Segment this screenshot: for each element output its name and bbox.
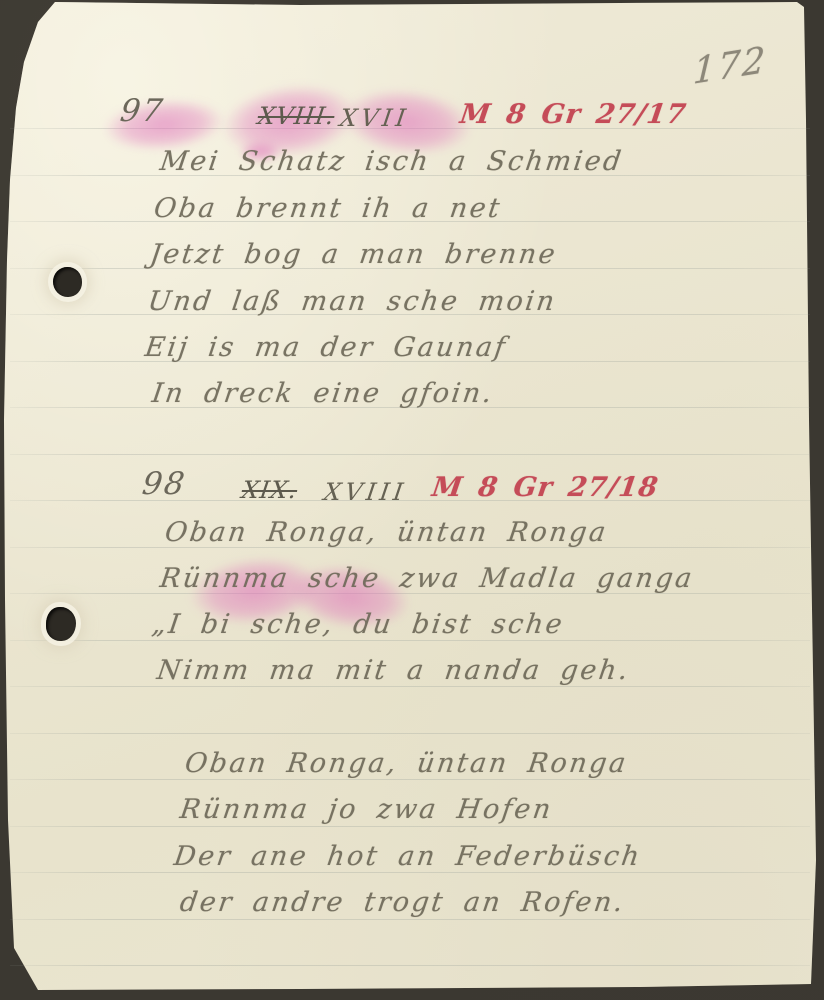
verse-line: Der ane hot an Federbüsch — [172, 841, 644, 872]
verse-line: Jetzt bog a man brenne — [148, 239, 559, 270]
verse-line: In dreck eine gfoin. — [150, 378, 496, 409]
roman-numeral-97: XVII — [338, 104, 411, 132]
verse-line: „I bi sche, du bist sche — [150, 609, 566, 640]
verse-line: Oba brennt ih a net — [152, 193, 504, 224]
verse-line: Nimm ma mit a nanda geh. — [155, 655, 632, 686]
verse-line: Mei Schatz isch a Schmied — [158, 146, 625, 177]
scanned-manuscript-page: 172 97 XVIII. XVII M 8 Gr 27/17 Mei Scha… — [0, 0, 824, 1000]
song-number-98: 98 — [140, 466, 189, 502]
punch-hole-top — [53, 267, 82, 297]
verse-line: Rünnma sche zwa Madla ganga — [158, 563, 696, 594]
verse-line: Rünnma jo zwa Hofen — [178, 794, 555, 825]
red-archive-annotation-98: M 8 Gr 27/18 — [430, 472, 661, 503]
verse-line: der andre trogt an Rofen. — [178, 887, 627, 918]
verse-line: Und laß man sche moin — [146, 286, 559, 317]
verse-line: Oban Ronga, üntan Ronga — [183, 748, 630, 779]
punch-hole-bottom — [46, 607, 76, 641]
verse-line: Eij is ma der Gaunaf — [143, 332, 509, 363]
crossed-roman-numeral-98: XIX. — [240, 476, 299, 504]
red-archive-annotation-97: M 8 Gr 27/17 — [458, 99, 689, 130]
roman-numeral-98: XVIII — [322, 478, 409, 506]
song-number-97: 97 — [118, 93, 167, 129]
crossed-roman-numeral-97: XVIII. — [256, 102, 336, 130]
verse-line: Oban Ronga, üntan Ronga — [163, 517, 610, 548]
